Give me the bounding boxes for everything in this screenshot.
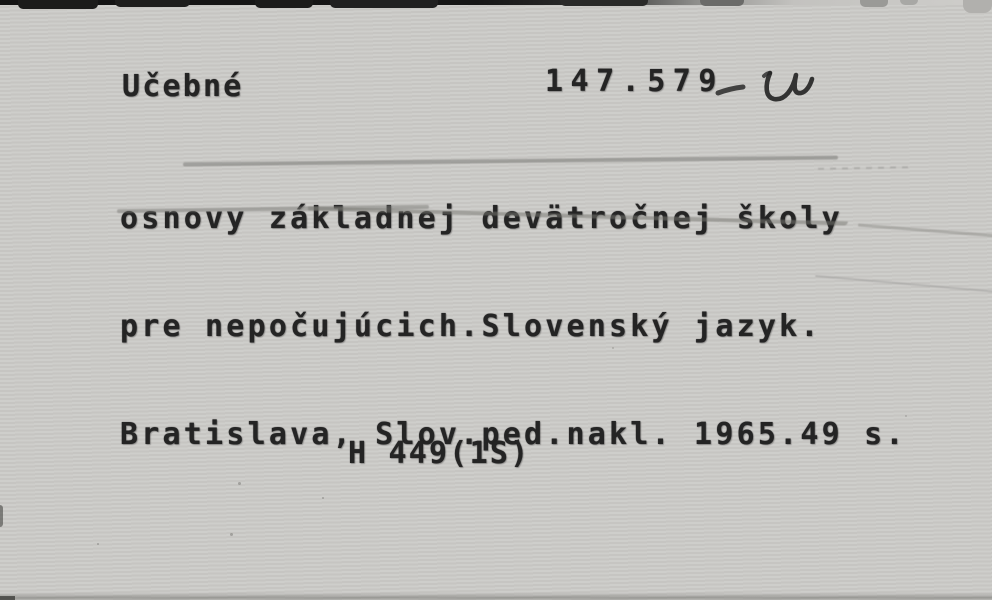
accession-code: H 449(1S) xyxy=(348,436,530,471)
scan-edge-bottom xyxy=(0,592,992,600)
paper-speck xyxy=(230,533,233,536)
scan-edge-tick xyxy=(0,596,15,600)
library-catalog-card-scan: Učebné 147.579 - U osnovy základnej devä… xyxy=(0,0,992,600)
card-heading-word: Učebné xyxy=(122,69,244,104)
card-body-line-2: pre nepočujúcich.Slovenský jazyk. xyxy=(120,309,907,345)
call-number: 147.579 xyxy=(545,64,724,99)
card-body-line-1: osnovy základnej devätročnej školy xyxy=(120,201,907,237)
scan-edge-top xyxy=(0,0,992,5)
scan-edge-left-mark xyxy=(0,505,3,527)
paper-speck xyxy=(97,543,99,545)
handwritten-dash-u-icon xyxy=(712,60,832,118)
handwritten-annotation: - U xyxy=(712,60,832,118)
